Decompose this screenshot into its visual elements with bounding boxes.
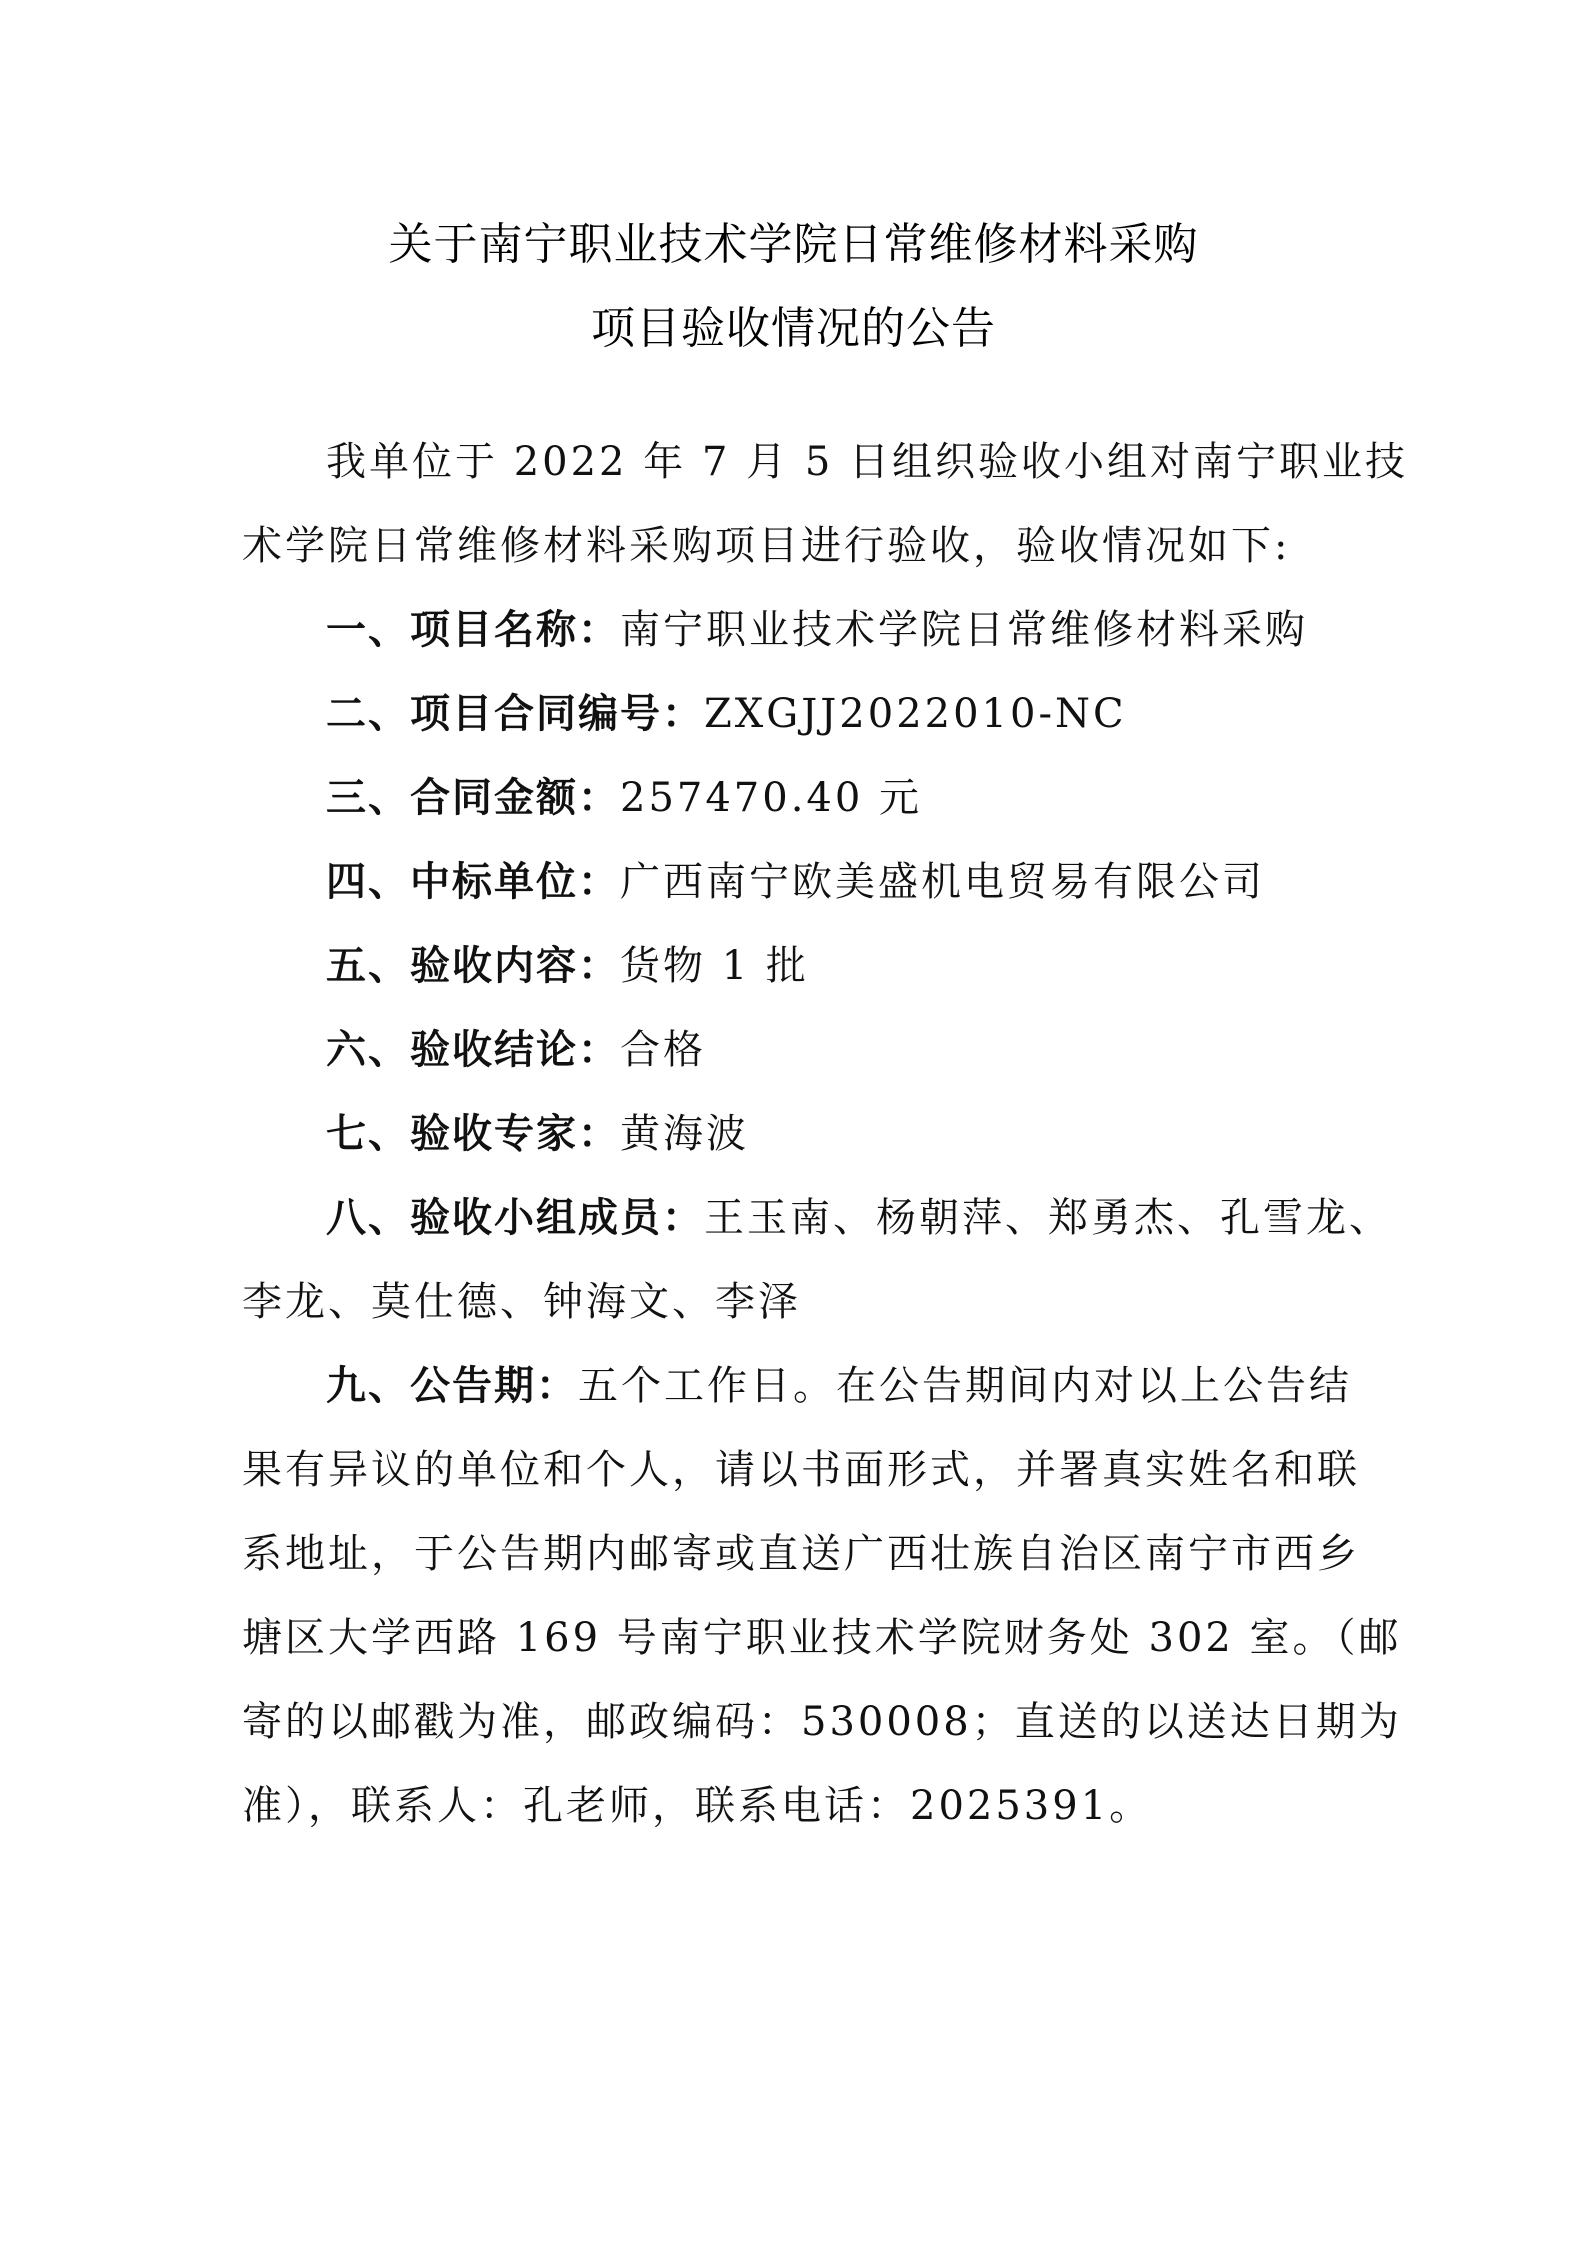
item-value: 货物 1 批 [620,943,809,989]
item-team-members: 八、验收小组成员：王玉南、杨朝萍、郑勇杰、孔雪龙、 [242,1176,1352,1260]
item-value: 合格 [620,1027,706,1073]
item-value: 王玉南、杨朝萍、郑勇杰、孔雪龙、 [704,1195,1392,1241]
item-value: 黄海波 [620,1111,749,1157]
item-label: 四、中标单位： [326,859,620,905]
item-winning-bidder: 四、中标单位：广西南宁欧美盛机电贸易有限公司 [242,840,1352,924]
item-acceptance-conclusion: 六、验收结论：合格 [242,1008,1352,1092]
item-value: 广西南宁欧美盛机电贸易有限公司 [620,859,1265,905]
notice-period-line: 寄的以邮戳为准，邮政编码：530008；直送的以送达日期为 [242,1680,1352,1764]
item-value: 257470.40 元 [620,775,922,821]
item-value: ZXGJJ2022010-NC [704,691,1127,737]
notice-period-line: 果有异议的单位和个人，请以书面形式，并署真实姓名和联 [242,1428,1352,1512]
item-label: 三、合同金额： [326,775,620,821]
item-project-name: 一、项目名称：南宁职业技术学院日常维修材料采购 [242,588,1352,672]
document-body: 我单位于 2022 年 7 月 5 日组织验收小组对南宁职业技 术学院日常维修材… [242,420,1352,1848]
item-team-members-continued: 李龙、莫仕德、钟海文、李泽 [242,1260,1352,1344]
document-page: 关于南宁职业技术学院日常维修材料采购 项目验收情况的公告 我单位于 2022 年… [0,0,1587,2245]
notice-period-line: 准），联系人：孔老师，联系电话：2025391。 [242,1764,1352,1848]
item-label: 九、公告期： [326,1363,578,1409]
notice-period-line: 塘区大学西路 169 号南宁职业技术学院财务处 302 室。（邮 [242,1596,1352,1680]
intro-paragraph-line-2: 术学院日常维修材料采购项目进行验收，验收情况如下: [242,504,1352,588]
document-title-line-1: 关于南宁职业技术学院日常维修材料采购 [0,208,1587,272]
intro-paragraph-line-1: 我单位于 2022 年 7 月 5 日组织验收小组对南宁职业技 [242,420,1352,504]
item-notice-period: 九、公告期：五个工作日。在公告期间内对以上公告结 [242,1344,1352,1428]
item-value: 五个工作日。在公告期间内对以上公告结 [578,1363,1352,1409]
item-value: 南宁职业技术学院日常维修材料采购 [620,607,1308,653]
item-contract-number: 二、项目合同编号：ZXGJJ2022010-NC [242,672,1352,756]
item-label: 六、验收结论： [326,1027,620,1073]
item-label: 七、验收专家： [326,1111,620,1157]
item-contract-amount: 三、合同金额：257470.40 元 [242,756,1352,840]
item-label: 五、验收内容： [326,943,620,989]
notice-period-line: 系地址，于公告期内邮寄或直送广西壮族自治区南宁市西乡 [242,1512,1352,1596]
document-title-line-2: 项目验收情况的公告 [0,292,1587,356]
item-label: 八、验收小组成员： [326,1195,704,1241]
item-label: 二、项目合同编号： [326,691,704,737]
item-acceptance-expert: 七、验收专家：黄海波 [242,1092,1352,1176]
item-acceptance-content: 五、验收内容：货物 1 批 [242,924,1352,1008]
item-label: 一、项目名称： [326,607,620,653]
